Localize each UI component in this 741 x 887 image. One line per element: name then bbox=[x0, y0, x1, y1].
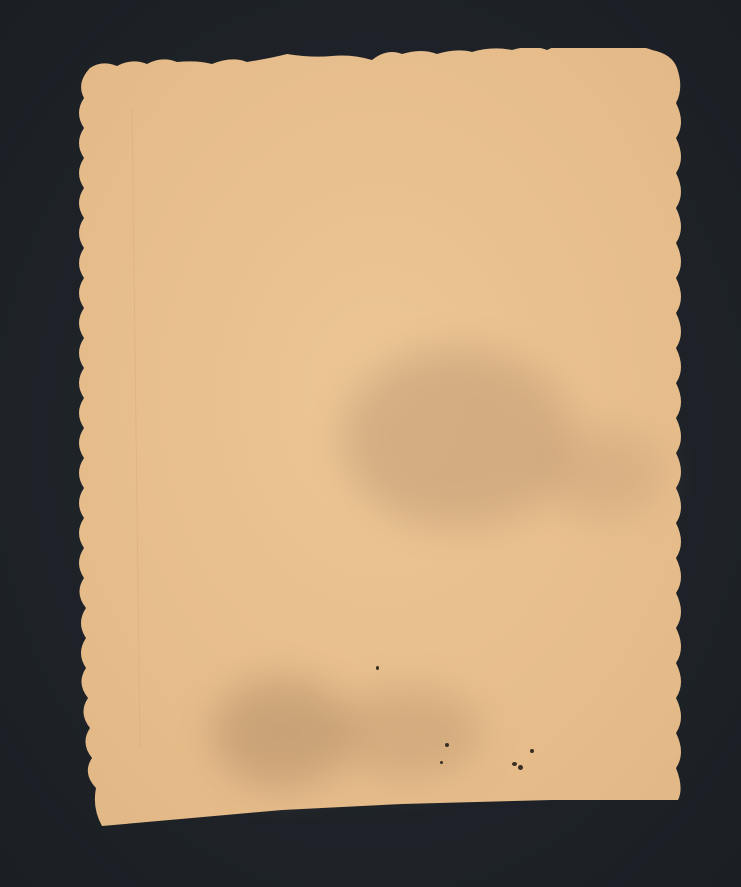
stain-bottom-mid bbox=[332, 688, 482, 778]
stain-right bbox=[542, 428, 662, 518]
speck bbox=[530, 749, 534, 753]
stain-bottom-left bbox=[212, 678, 352, 788]
speck bbox=[376, 666, 379, 670]
speck bbox=[440, 761, 443, 764]
speck bbox=[445, 743, 449, 747]
speck bbox=[518, 765, 523, 770]
stain-center bbox=[342, 348, 572, 528]
stamp-back bbox=[72, 48, 692, 828]
speck bbox=[512, 762, 517, 766]
